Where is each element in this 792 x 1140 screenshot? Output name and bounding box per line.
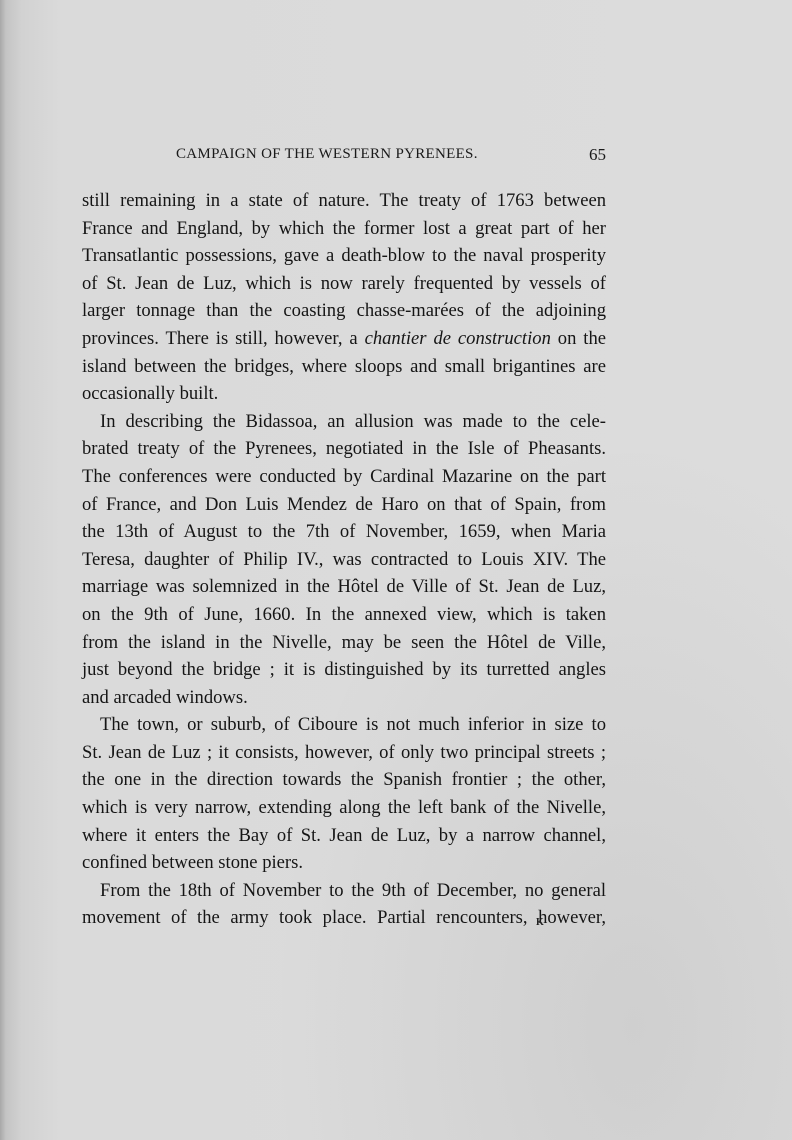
paragraph-3: The town, or suburb, of Ciboure is not m… <box>82 711 606 877</box>
running-head: CAMPAIGN OF THE WESTERN PYRENEES. 65 <box>176 146 606 170</box>
text-line-with-italic: provinces. There is still, however, a ch… <box>82 325 606 353</box>
body-text: still remaining in a state of nature. Th… <box>82 187 606 932</box>
text-line: from the island in the Nivelle, may be s… <box>82 629 606 657</box>
text-line: marriage was solemnized in the Hôtel de … <box>82 573 606 601</box>
paragraph-4: From the 18th of November to the 9th of … <box>82 877 606 932</box>
signature-mark: K <box>536 917 544 928</box>
text-line: confined between stone piers. <box>82 849 606 877</box>
paragraph-1: still remaining in a state of nature. Th… <box>82 187 606 408</box>
text-line: still remaining in a state of nature. Th… <box>82 187 606 215</box>
text-line: island between the bridges, where sloops… <box>82 353 606 381</box>
text-line: The town, or suburb, of Ciboure is not m… <box>82 711 606 739</box>
text-line: and arcaded windows. <box>82 684 606 712</box>
text-run: on the <box>551 328 606 349</box>
text-line: Teresa, daughter of Philip IV., was cont… <box>82 546 606 574</box>
text-line: France and England, by which the former … <box>82 215 606 243</box>
text-line: just beyond the bridge ; it is distingui… <box>82 656 606 684</box>
text-line: of St. Jean de Luz, which is now rarely … <box>82 270 606 298</box>
text-line: of France, and Don Luis Mendez de Haro o… <box>82 491 606 519</box>
text-line: where it enters the Bay of St. Jean de L… <box>82 822 606 850</box>
text-line: The conferences were conducted by Cardin… <box>82 463 606 491</box>
text-line: brated treaty of the Pyrenees, negotiate… <box>82 435 606 463</box>
text-line: on the 9th of June, 1660. In the annexed… <box>82 601 606 629</box>
running-title: CAMPAIGN OF THE WESTERN PYRENEES. <box>176 146 478 163</box>
italic-phrase: chantier de construction <box>365 328 551 349</box>
text-line: In describing the Bidassoa, an allusion … <box>82 408 606 436</box>
text-line: larger tonnage than the coasting chasse-… <box>82 297 606 325</box>
text-line: St. Jean de Luz ; it consists, however, … <box>82 739 606 767</box>
text-line: Transatlantic possessions, gave a death-… <box>82 242 606 270</box>
text-run: provinces. There is still, however, a <box>82 328 365 349</box>
paragraph-2: In describing the Bidassoa, an allusion … <box>82 408 606 712</box>
text-line: the 13th of August to the 7th of Novembe… <box>82 518 606 546</box>
text-line: From the 18th of November to the 9th of … <box>82 877 606 905</box>
text-line: which is very narrow, extending along th… <box>82 794 606 822</box>
book-page: CAMPAIGN OF THE WESTERN PYRENEES. 65 sti… <box>0 0 792 1140</box>
text-line: occasionally built. <box>82 380 606 408</box>
text-line: movement of the army took place. Partial… <box>82 904 606 932</box>
text-line: the one in the direction towards the Spa… <box>82 766 606 794</box>
page-number: 65 <box>589 145 606 165</box>
